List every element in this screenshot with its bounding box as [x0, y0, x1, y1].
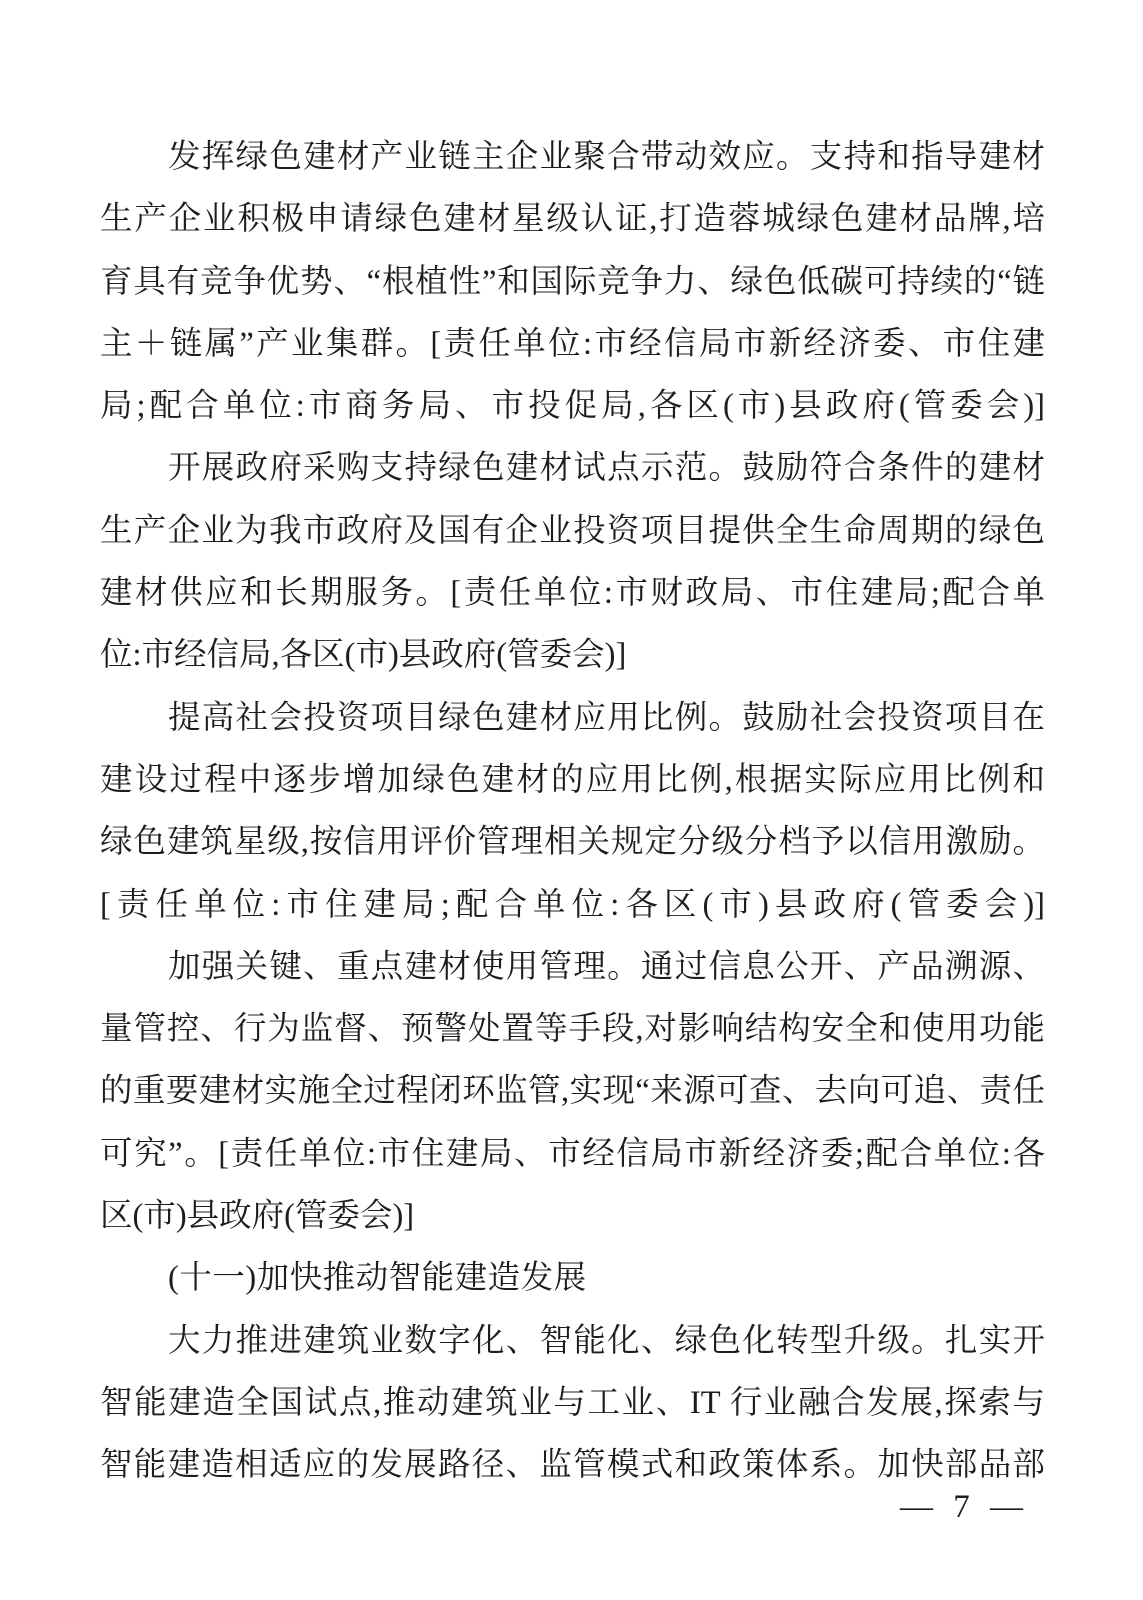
text-line: 开展政府采购支持绿色建材试点示范。鼓励符合条件的建材 [100, 437, 1045, 499]
text-line: 区(市)县政府(管委会)] [100, 1185, 1045, 1247]
text-line: 育具有竞争优势、“根植性”和国际竞争力、绿色低碳可持续的“链 [100, 251, 1045, 313]
text-line: 建设过程中逐步增加绿色建材的应用比例,根据实际应用比例和 [100, 749, 1045, 811]
text-line: 发挥绿色建材产业链主企业聚合带动效应。支持和指导建材 [100, 126, 1045, 188]
text-line: 量管控、行为监督、预警处置等手段,对影响结构安全和使用功能 [100, 998, 1045, 1060]
document-body: 发挥绿色建材产业链主企业聚合带动效应。支持和指导建材 生产企业积极申请绿色建材星… [100, 126, 1045, 1497]
section-heading: (十一)加快推动智能建造发展 [100, 1247, 1045, 1309]
text-line: 生产企业积极申请绿色建材星级认证,打造蓉城绿色建材品牌,培 [100, 188, 1045, 250]
text-line: 大力推进建筑业数字化、智能化、绿色化转型升级。扎实开展 [100, 1310, 1045, 1372]
text-line: 提高社会投资项目绿色建材应用比例。鼓励社会投资项目在 [100, 687, 1045, 749]
text-line: [责任单位:市住建局;配合单位:各区(市)县政府(管委会)] [100, 874, 1045, 936]
text-line: 智能建造全国试点,推动建筑业与工业、IT 行业融合发展,探索与 [100, 1372, 1045, 1434]
text-line: 可究”。[责任单位:市住建局、市经信局市新经济委;配合单位:各 [100, 1123, 1045, 1185]
text-line: 主＋链属”产业集群。[责任单位:市经信局市新经济委、市住建 [100, 313, 1045, 375]
document-page: 发挥绿色建材产业链主企业聚合带动效应。支持和指导建材 生产企业积极申请绿色建材星… [0, 0, 1143, 1600]
text-line: 局;配合单位:市商务局、市投促局,各区(市)县政府(管委会)] [100, 375, 1045, 437]
text-line: 的重要建材实施全过程闭环监管,实现“来源可查、去向可追、责任 [100, 1060, 1045, 1122]
text-line: 加强关键、重点建材使用管理。通过信息公开、产品溯源、质 [100, 936, 1045, 998]
text-line: 建材供应和长期服务。[责任单位:市财政局、市住建局;配合单 [100, 562, 1045, 624]
text-line: 生产企业为我市政府及国有企业投资项目提供全生命周期的绿色 [100, 500, 1045, 562]
text-line: 绿色建筑星级,按信用评价管理相关规定分级分档予以信用激励。 [100, 811, 1045, 873]
page-number: — 7 — [100, 1482, 1023, 1532]
text-line: 位:市经信局,各区(市)县政府(管委会)] [100, 624, 1045, 686]
